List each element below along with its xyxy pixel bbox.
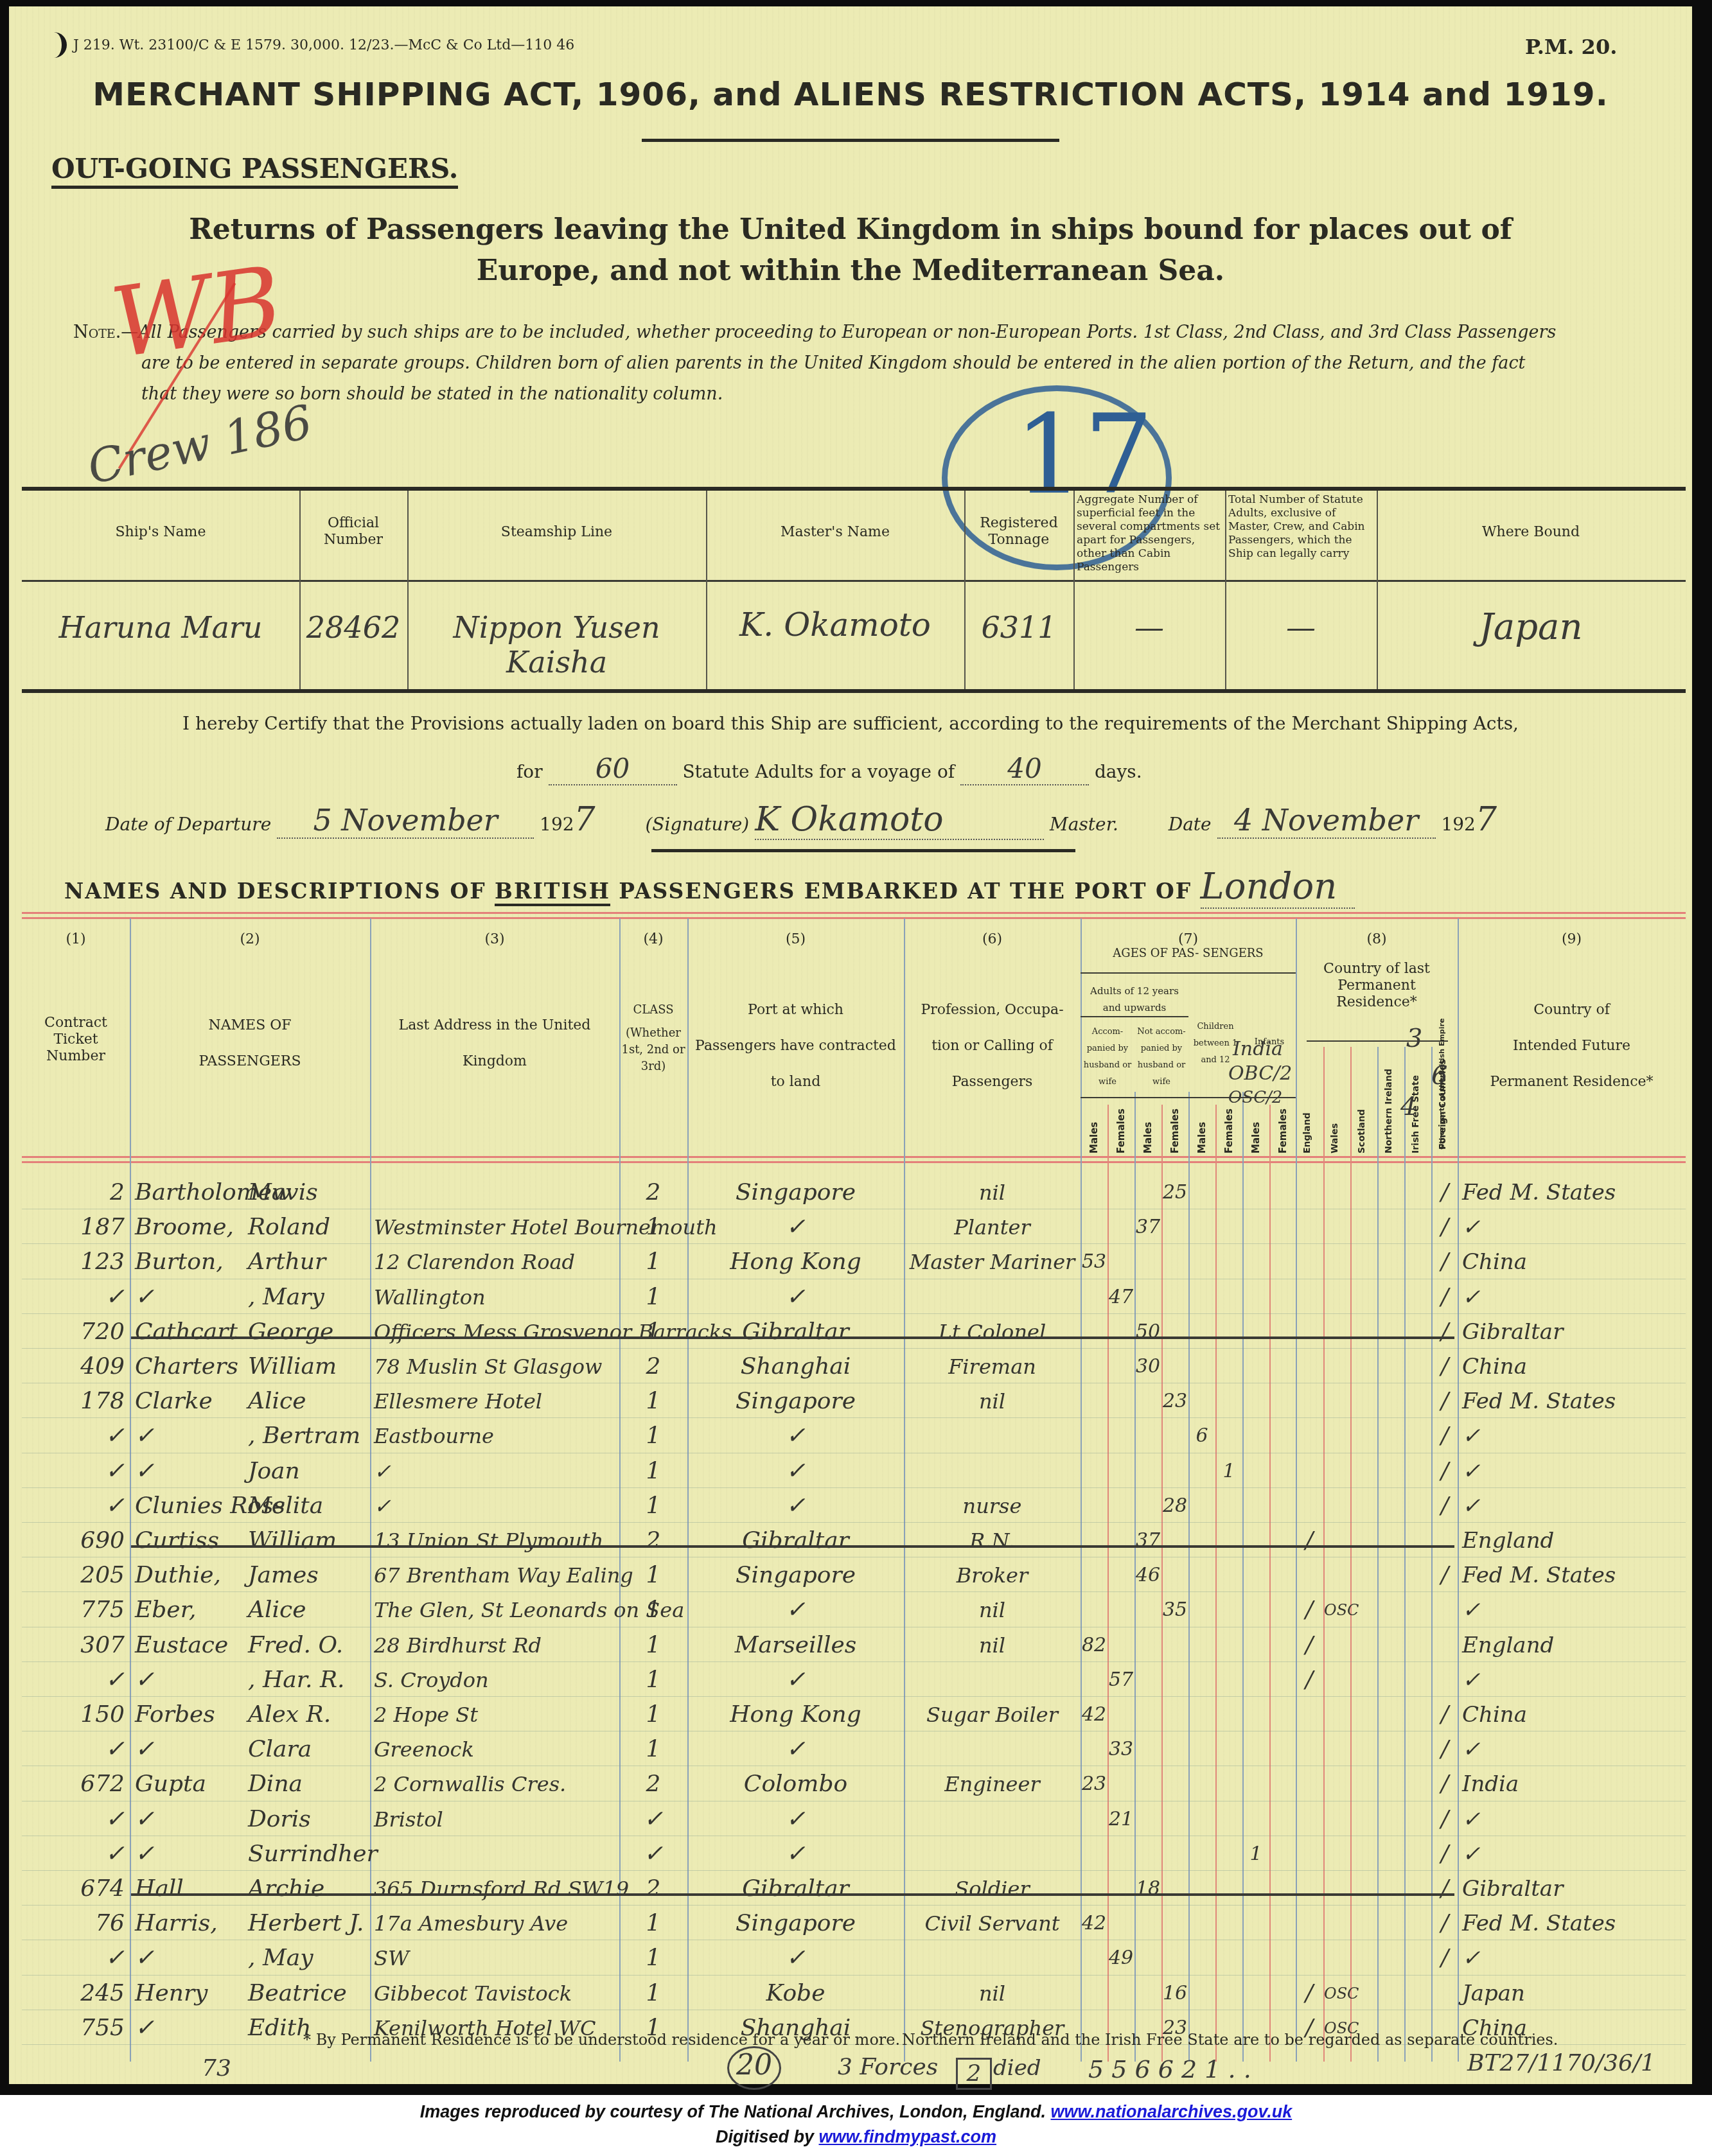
ship-table-bottom-rule <box>22 689 1686 693</box>
ticket-number: ✓ <box>22 1454 130 1489</box>
age-subcolumn-label: Males <box>1088 1105 1100 1153</box>
future-residence: ✓ <box>1462 1941 1684 1976</box>
profession <box>904 1732 1081 1767</box>
for-label: for <box>516 761 543 782</box>
header-masters-name: Master's Name <box>706 524 964 541</box>
profession <box>904 1454 1081 1489</box>
ticket-number: 123 <box>22 1245 130 1279</box>
ticket-number: 755 <box>22 2011 130 2046</box>
passenger-age: 53 <box>1081 1245 1108 1279</box>
passenger-class: 1 <box>619 1663 687 1697</box>
passenger-given-name: Mavis <box>248 1175 370 1210</box>
certificate-divider <box>651 849 1075 852</box>
port-of-landing: ✓ <box>687 1489 904 1523</box>
profession <box>904 1837 1081 1871</box>
statute-label: Statute Adults for a voyage of <box>682 761 955 782</box>
port-of-landing: Singapore <box>687 1906 904 1941</box>
column-number: (3) <box>370 931 619 947</box>
returns-line-1: Returns of Passengers leaving the United… <box>9 213 1692 246</box>
residence-tally-mark: / <box>1296 1628 1323 1663</box>
age-tally: 5 5 6 6 2 1 . . <box>1088 2055 1251 2083</box>
residence-tally-mark: / <box>1431 1489 1458 1523</box>
residence-tally-mark: / <box>1431 1732 1458 1767</box>
header-class-2: (Whether 1st, 2nd or 3rd) <box>619 1025 687 1075</box>
future-residence: ✓ <box>1462 1280 1684 1315</box>
header-future-residence-1: Country of <box>1458 1002 1686 1019</box>
passenger-age: 23 <box>1081 1767 1108 1801</box>
passenger-given-name: James <box>248 1558 370 1593</box>
infants-annotation-osc: OSC/2 <box>1228 1088 1282 1107</box>
ship-table-top-rule <box>22 487 1686 491</box>
residence-subcolumn-label: Wales <box>1330 1064 1340 1153</box>
column-divider <box>130 918 131 2062</box>
ship-col-divider <box>1225 491 1226 689</box>
profession <box>904 1663 1081 1697</box>
certificate-date-value: 4 November <box>1217 803 1436 839</box>
future-residence: China <box>1462 1349 1684 1384</box>
signature-label: (Signature) <box>645 814 749 835</box>
passenger-given-name: , Mary <box>248 1280 370 1315</box>
port-of-landing: Marseilles <box>687 1628 904 1663</box>
passenger-class: 1 <box>619 1593 687 1627</box>
residence-tally-mark: / <box>1431 1454 1458 1489</box>
residence-tally-mark: / <box>1431 1175 1458 1210</box>
residence-subcolumn-label: England <box>1302 1064 1312 1153</box>
future-residence: Fed M. States <box>1462 1175 1684 1210</box>
strike-through-line <box>131 1545 1454 1548</box>
residence-subcolumn-divider <box>1404 1047 1406 2062</box>
residence-tally-mark: / <box>1296 1523 1323 1558</box>
future-residence: ✓ <box>1462 1593 1684 1627</box>
header-names-1: NAMES OF <box>130 1017 370 1034</box>
last-address: Wallington <box>374 1280 619 1315</box>
header-official-number: Official Number <box>299 515 407 548</box>
ticket-number: 690 <box>22 1523 130 1558</box>
passenger-age: 82 <box>1081 1628 1108 1663</box>
last-address: The Glen, St Leonards on Sea <box>374 1593 619 1627</box>
document-page: J 219. Wt. 23100/C & E 1579. 30,000. 12/… <box>9 6 1692 2084</box>
future-residence: ✓ <box>1462 1419 1684 1453</box>
port-of-landing: ✓ <box>687 1663 904 1697</box>
passenger-surname: Harris, <box>135 1906 247 1941</box>
future-residence: ✓ <box>1462 1454 1684 1489</box>
passenger-surname: Henry <box>135 1976 247 2011</box>
passenger-surname: ✓ <box>135 2011 247 2046</box>
passenger-class: 2 <box>619 1175 687 1210</box>
passenger-age: 42 <box>1081 1697 1108 1732</box>
profession: R.N. <box>904 1523 1081 1558</box>
ticket-number: ✓ <box>22 1802 130 1837</box>
column-divider <box>370 918 371 2062</box>
passenger-class: 1 <box>619 1628 687 1663</box>
passenger-age: 1 <box>1215 1454 1242 1489</box>
table-top-red-rule <box>22 912 1686 914</box>
residence-tally-mark: / <box>1431 1315 1458 1349</box>
last-address: Bristol <box>374 1802 619 1837</box>
future-residence: ✓ <box>1462 1732 1684 1767</box>
passenger-age: 35 <box>1161 1593 1188 1627</box>
passenger-age: 57 <box>1108 1663 1134 1697</box>
age-subcolumn-divider <box>1108 1105 1109 2062</box>
future-residence: England <box>1462 1523 1684 1558</box>
last-address <box>374 1175 619 1210</box>
header-total-adults: Total Number of Statute Adults, exclusiv… <box>1228 493 1375 561</box>
boxed-dead-count: 2 <box>956 2058 992 2090</box>
age-subcolumn-divider <box>1188 1092 1190 2062</box>
port-of-landing: ✓ <box>687 1593 904 1627</box>
ticket-number: ✓ <box>22 1732 130 1767</box>
dead-note: died <box>993 2055 1041 2081</box>
header-country-last-residence: Country of last Permanent Residence* <box>1296 961 1458 1011</box>
country-total-annotation: 3 <box>1406 1024 1422 1053</box>
column-number: (9) <box>1458 931 1686 947</box>
header-adults: Adults of 12 years and upwards <box>1081 983 1188 1016</box>
future-residence: England <box>1462 1628 1684 1663</box>
passenger-given-name: Herbert J. <box>248 1906 370 1941</box>
future-residence: Fed M. States <box>1462 1384 1684 1419</box>
passenger-surname: Broome, <box>135 1210 247 1245</box>
ticket-number: 205 <box>22 1558 130 1593</box>
certificate-line-2: for 60 Statute Adults for a voyage of 40… <box>516 753 1142 785</box>
findmypast-link[interactable]: www.findmypast.com <box>819 2127 997 2146</box>
passenger-age: 37 <box>1134 1523 1161 1558</box>
last-address: 365 Durnsford Rd SW19 <box>374 1871 619 1906</box>
ticket-number: 187 <box>22 1210 130 1245</box>
last-address: 17a Amesbury Ave <box>374 1906 619 1941</box>
forces-note: 3 Forces <box>838 2054 938 2080</box>
port-of-embarkation: London <box>1201 866 1355 909</box>
passenger-surname: ✓ <box>135 1837 247 1871</box>
passenger-class: 1 <box>619 1489 687 1523</box>
footer-courtesy: Images reproduced by courtesy of The Nat… <box>0 2102 1712 2122</box>
names-heading-suffix: PASSENGERS EMBARKED AT THE PORT OF <box>619 879 1192 904</box>
passenger-given-name: Archie <box>248 1871 370 1906</box>
future-residence: Fed M. States <box>1462 1558 1684 1593</box>
passenger-class: 1 <box>619 1976 687 2011</box>
last-address: Westminster Hotel Bournemouth <box>374 1210 619 1245</box>
profession: Master Mariner <box>904 1245 1081 1279</box>
age-subcolumn-label: Males <box>1142 1105 1154 1153</box>
registered-tonnage-value: 6311 <box>964 610 1073 645</box>
residence-tally-mark: / <box>1431 1906 1458 1941</box>
residence-tally-mark: / <box>1431 1697 1458 1732</box>
passenger-surname: Cathcart <box>135 1315 247 1349</box>
passenger-surname: Eustace <box>135 1628 247 1663</box>
passenger-given-name: Clara <box>248 1732 370 1767</box>
profession: Planter <box>904 1210 1081 1245</box>
age-subcolumn-divider <box>1215 1105 1217 2062</box>
header-names-2: PASSENGERS <box>130 1053 370 1070</box>
passenger-age: 46 <box>1134 1558 1161 1593</box>
port-of-landing: Hong Kong <box>687 1697 904 1732</box>
residence-tally-mark: / <box>1431 1349 1458 1384</box>
passenger-age: 47 <box>1108 1280 1134 1315</box>
residence-tally-mark: / <box>1431 1245 1458 1279</box>
passenger-class: 1 <box>619 1697 687 1732</box>
port-of-landing: ✓ <box>687 1210 904 1245</box>
profession: nil <box>904 1976 1081 2011</box>
circled-total: 20 <box>727 2049 781 2082</box>
ship-col-divider <box>1073 491 1075 689</box>
passenger-age: 37 <box>1134 1210 1161 1245</box>
future-residence: ✓ <box>1462 1802 1684 1837</box>
passenger-class: 2 <box>619 1349 687 1384</box>
passenger-given-name: Alex R. <box>248 1697 370 1732</box>
departure-label: Date of Departure <box>105 814 271 835</box>
future-residence: ✓ <box>1462 1489 1684 1523</box>
profession: nil <box>904 1593 1081 1627</box>
names-heading-prefix: NAMES AND DESCRIPTIONS OF <box>64 879 486 904</box>
passenger-class: 2 <box>619 1871 687 1906</box>
last-address: Officers Mess Grosvenor Barracks <box>374 1315 619 1349</box>
passenger-given-name: , Har. R. <box>248 1663 370 1697</box>
passenger-age: 30 <box>1134 1349 1161 1384</box>
port-of-landing: Shanghai <box>687 1349 904 1384</box>
strike-through-line <box>131 1337 1454 1339</box>
last-address: 2 Hope St <box>374 1697 619 1732</box>
passenger-class: 2 <box>619 1523 687 1558</box>
residence-subcolumn-divider <box>1350 1047 1352 2062</box>
passenger-surname: Curtiss <box>135 1523 247 1558</box>
last-address: Gibbecot Tavistock <box>374 1976 619 2011</box>
residence-note: OSC <box>1324 1593 1363 1627</box>
punch-hole-mark <box>46 32 67 58</box>
steamship-line-value: Nippon Yusen Kaisha <box>407 610 706 679</box>
last-address: 2 Cornwallis Cres. <box>374 1767 619 1801</box>
footnote-ireland: Northern Ireland and the Irish Free Stat… <box>902 2031 1558 2049</box>
residence-tally-mark: / <box>1431 1558 1458 1593</box>
residence-subcolumn-label: Northern Ireland <box>1384 1064 1394 1153</box>
column-number: (6) <box>904 931 1081 947</box>
future-residence: Japan <box>1462 1976 1684 2011</box>
port-of-landing: ✓ <box>687 1802 904 1837</box>
port-of-landing: ✓ <box>687 1732 904 1767</box>
ticket-number: 2 <box>22 1175 130 1210</box>
passenger-given-name: Beatrice <box>248 1976 370 2011</box>
footer-digitised: Digitised by www.findmypast.com <box>0 2127 1712 2147</box>
passenger-surname: Burton, <box>135 1245 247 1279</box>
header-aggregate: Aggregate Number of superficial feet in … <box>1077 493 1223 574</box>
passenger-surname: Clarke <box>135 1384 247 1419</box>
last-address: 78 Muslin St Glasgow <box>374 1349 619 1384</box>
port-of-landing: Singapore <box>687 1384 904 1419</box>
passenger-surname: ✓ <box>135 1280 247 1315</box>
future-residence: ✓ <box>1462 1837 1684 1871</box>
passenger-given-name: Alice <box>248 1384 370 1419</box>
column-divider <box>1296 918 1297 2062</box>
passenger-age: 1 <box>1242 1837 1269 1871</box>
last-address: Greenock <box>374 1732 619 1767</box>
column-number: (8) <box>1296 931 1458 947</box>
passenger-class: 1 <box>619 1315 687 1349</box>
ticket-number: 307 <box>22 1628 130 1663</box>
ticket-number: 150 <box>22 1697 130 1732</box>
passenger-age: 21 <box>1108 1802 1134 1837</box>
residence-tally-mark: / <box>1431 1837 1458 1871</box>
passenger-given-name: , Bertram <box>248 1419 370 1453</box>
departure-year-prefix: 192 <box>540 814 574 835</box>
country-total-annotation: 6 <box>1431 1061 1447 1091</box>
date-year-digit: 7 <box>1476 800 1497 839</box>
passenger-age: 16 <box>1161 1976 1188 2011</box>
future-residence: India <box>1462 1767 1684 1801</box>
infants-annotation-india: India <box>1233 1038 1283 1060</box>
signature-value: K Okamoto <box>755 800 1044 840</box>
passenger-surname: Bartholomew <box>135 1175 247 1210</box>
ticket-number: ✓ <box>22 1941 130 1976</box>
last-address: ✓ <box>374 1489 619 1523</box>
ticket-number: 76 <box>22 1906 130 1941</box>
passenger-given-name: , May <box>248 1941 370 1976</box>
ship-col-divider <box>706 491 707 689</box>
residence-tally-mark: / <box>1296 1593 1323 1627</box>
future-residence: Gibraltar <box>1462 1315 1684 1349</box>
profession: Engineer <box>904 1767 1081 1801</box>
departure-date-value: 5 November <box>277 803 534 839</box>
header-address-2: Kingdom <box>370 1053 619 1070</box>
passenger-class: 1 <box>619 1906 687 1941</box>
future-residence: Fed M. States <box>1462 1906 1684 1941</box>
total-adults-value: — <box>1225 610 1377 645</box>
port-of-landing: Singapore <box>687 1558 904 1593</box>
passenger-given-name: Roland <box>248 1210 370 1245</box>
passenger-surname: ✓ <box>135 1454 247 1489</box>
residence-tally-mark: / <box>1431 1871 1458 1906</box>
column-number: (5) <box>687 931 904 947</box>
port-of-landing: Kobe <box>687 1976 904 2011</box>
passenger-surname: ✓ <box>135 1802 247 1837</box>
residence-tally-mark: / <box>1431 1941 1458 1976</box>
passenger-age: 50 <box>1134 1315 1161 1349</box>
last-address <box>374 1837 619 1871</box>
ticket-number: 672 <box>22 1767 130 1801</box>
header-registered-tonnage: Registered Tonnage <box>964 515 1073 548</box>
residence-tally-mark: / <box>1431 1384 1458 1419</box>
profession: Lt Colonel <box>904 1315 1081 1349</box>
passenger-surname: ✓ <box>135 1663 247 1697</box>
residence-tally-mark: / <box>1431 1767 1458 1801</box>
passenger-age: 18 <box>1134 1871 1161 1906</box>
port-of-landing: ✓ <box>687 1419 904 1453</box>
days-label: days. <box>1095 761 1142 782</box>
footnote-permanent-residence: * By Permanent Residence is to be unders… <box>303 2031 900 2049</box>
passenger-class: 1 <box>619 1558 687 1593</box>
passenger-given-name: William <box>248 1349 370 1384</box>
passenger-given-name: Doris <box>248 1802 370 1837</box>
profession <box>904 1280 1081 1315</box>
ticket-number: 178 <box>22 1384 130 1419</box>
residence-subcolumn-divider <box>1377 1047 1379 2062</box>
section-title: OUT-GOING PASSENGERS. <box>51 153 458 189</box>
header-future-residence-3: Permanent Residence* <box>1458 1074 1686 1091</box>
masters-name-value: K. Okamoto <box>706 606 964 644</box>
passenger-table: (1)(2)(3)(4)(5)(6)(7)(8)(9)Contract Tick… <box>9 912 1692 2062</box>
red-initials-annotation: WB <box>105 245 288 380</box>
future-residence: China <box>1462 1697 1684 1732</box>
ship-name-value: Haruna Maru <box>22 610 299 645</box>
table-top-red-rule <box>22 917 1686 919</box>
age-subcolumn-divider <box>1242 1092 1244 2062</box>
passenger-age: 25 <box>1161 1175 1188 1210</box>
passenger-surname: Clunies Ross <box>135 1489 247 1523</box>
residence-heading-rule <box>1307 1040 1448 1042</box>
header-address-1: Last Address in the United <box>370 1017 619 1034</box>
strike-through-line <box>131 1893 1454 1896</box>
port-of-landing: ✓ <box>687 1837 904 1871</box>
future-residence: Gibraltar <box>1462 1871 1684 1906</box>
passenger-given-name: Alice <box>248 1593 370 1627</box>
header-future-residence-2: Intended Future <box>1458 1038 1686 1055</box>
residence-note: OSC <box>1324 1976 1363 2011</box>
print-reference: J 219. Wt. 23100/C & E 1579. 30,000. 12/… <box>73 37 574 53</box>
future-residence: ✓ <box>1462 1663 1684 1697</box>
header-ship-name: Ship's Name <box>22 524 299 541</box>
left-margin-mark: 73 <box>202 2055 231 2082</box>
header-steamship-line: Steamship Line <box>407 524 706 541</box>
ticket-number: ✓ <box>22 1419 130 1453</box>
profession <box>904 1941 1081 1976</box>
passenger-age: 42 <box>1081 1906 1108 1941</box>
title-divider <box>642 139 1059 142</box>
footer-digitised-text: Digitised by <box>716 2127 814 2146</box>
passenger-given-name: Arthur <box>248 1245 370 1279</box>
ticket-number: ✓ <box>22 1663 130 1697</box>
passenger-class: 1 <box>619 1384 687 1419</box>
voyage-days-value: 40 <box>960 753 1089 785</box>
header-ticket-number: Contract Ticket Number <box>22 1015 130 1065</box>
departure-year-digit: 7 <box>574 800 596 839</box>
profession: Civil Servant <box>904 1906 1081 1941</box>
header-class-1: CLASS <box>619 1002 687 1019</box>
header-port-1: Port at which <box>687 1002 904 1019</box>
passenger-given-name: Surrindher <box>248 1837 370 1871</box>
profession: Broker <box>904 1558 1081 1593</box>
port-of-landing: Colombo <box>687 1767 904 1801</box>
future-residence: ✓ <box>1462 1210 1684 1245</box>
last-address: ✓ <box>374 1454 619 1489</box>
aggregate-value: — <box>1073 610 1225 645</box>
header-ages: AGES OF PAS- SENGERS <box>1081 945 1296 962</box>
passenger-class: 2 <box>619 1767 687 1801</box>
national-archives-link[interactable]: www.nationalarchives.gov.uk <box>1051 2102 1293 2121</box>
port-of-landing: Singapore <box>687 1175 904 1210</box>
residence-subcolumn-divider <box>1323 1047 1325 2062</box>
passenger-class: 1 <box>619 1210 687 1245</box>
ship-col-divider <box>1377 491 1378 689</box>
header-bottom-red-rule <box>22 1161 1686 1163</box>
ticket-number: 775 <box>22 1593 130 1627</box>
profession: nurse <box>904 1489 1081 1523</box>
last-address: SW <box>374 1941 619 1976</box>
last-address: 28 Birdhurst Rd <box>374 1628 619 1663</box>
last-address: 12 Clarendon Road <box>374 1245 619 1279</box>
residence-tally-mark: / <box>1296 1663 1323 1697</box>
column-number: (1) <box>22 931 130 947</box>
passenger-given-name: George <box>248 1315 370 1349</box>
residence-tally-mark: / <box>1431 1419 1458 1453</box>
last-address: 13 Union St Plymouth <box>374 1523 619 1558</box>
port-of-landing: ✓ <box>687 1941 904 1976</box>
port-of-landing: ✓ <box>687 1280 904 1315</box>
header-port-3: to land <box>687 1074 904 1091</box>
last-address: Eastbourne <box>374 1419 619 1453</box>
passenger-age: 49 <box>1108 1941 1134 1976</box>
ticket-number: 720 <box>22 1315 130 1349</box>
header-where-bound: Where Bound <box>1377 524 1685 541</box>
residence-tally-mark: / <box>1431 1802 1458 1837</box>
residence-tally-mark: / <box>1296 1976 1323 2011</box>
header-bottom-red-rule <box>22 1156 1686 1158</box>
